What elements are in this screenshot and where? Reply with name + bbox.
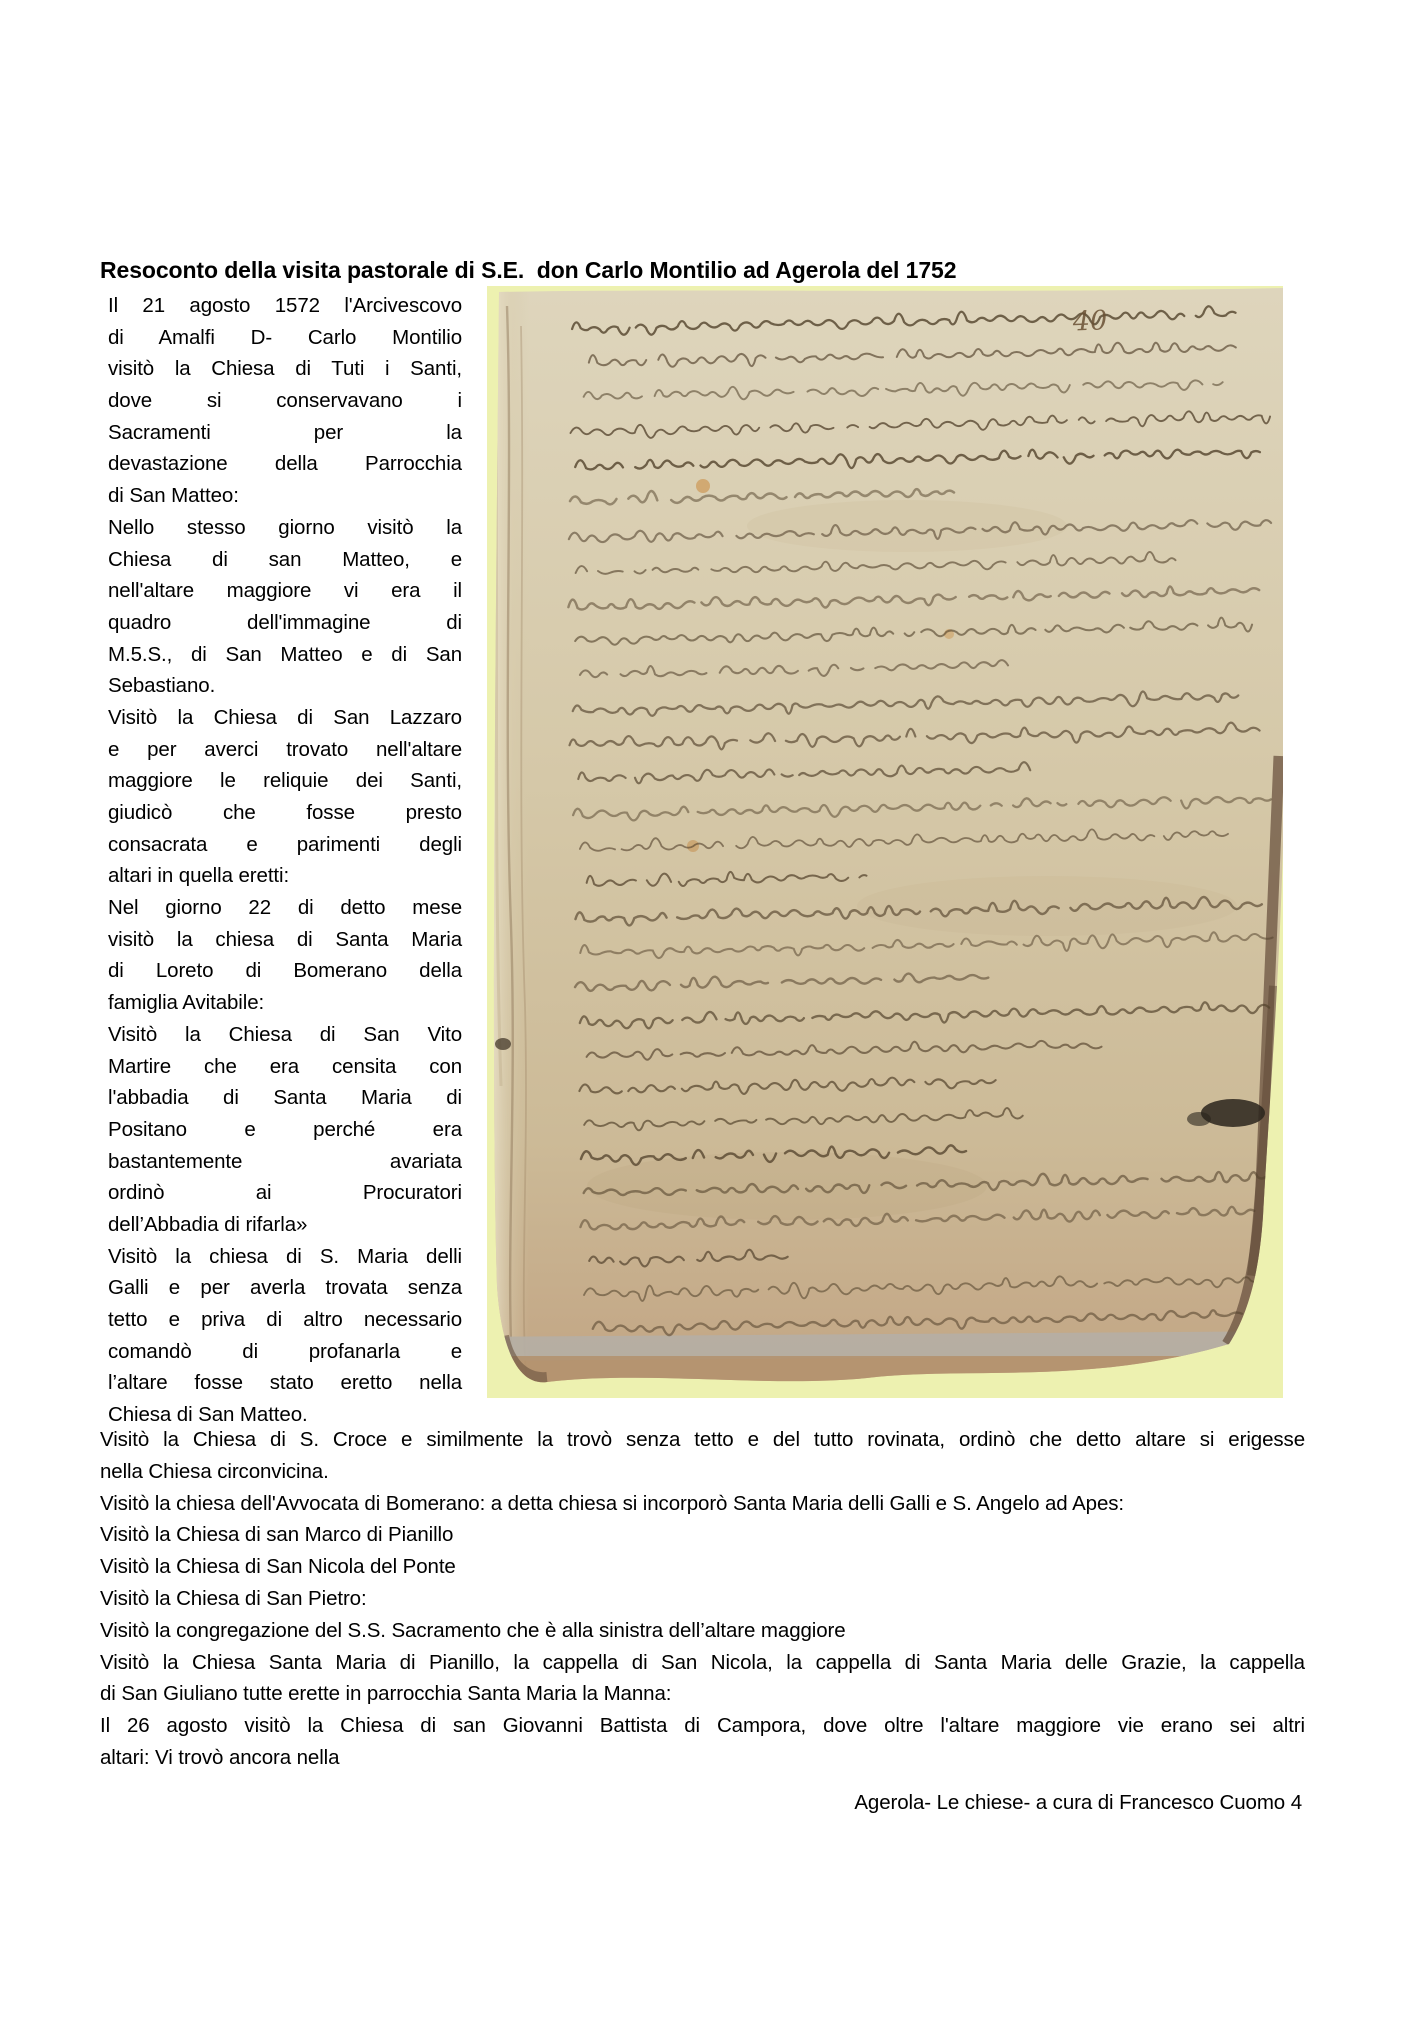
text-line: l'abbadia di Santa Maria di [108,1082,462,1114]
text-line: ordinò ai Procuratori [108,1177,462,1209]
text-line: Visitò la Chiesa di San Lazzaro [108,702,462,734]
text-line: Nello stesso giorno visitò la [108,512,462,544]
body-text-column: Il 21 agosto 1572 l'Arcivescovodi Amalfi… [108,290,462,1431]
text-line: visitò la Chiesa di Tuti i Santi, [108,353,462,385]
text-line: Visitò la Chiesa di San Vito [108,1019,462,1051]
ink-spot [495,1038,511,1050]
body-text-bottom: Visitò la Chiesa di S. Croce e similment… [100,1424,1305,1774]
text-line: tetto e priva di altro necessario [108,1304,462,1336]
text-line: Martire che era censita con [108,1051,462,1083]
text-line: visitò la chiesa di Santa Maria [108,924,462,956]
text-line: bastantemente avariata [108,1146,462,1178]
text-line: Nel giorno 22 di detto mese [108,892,462,924]
text-line: dell’Abbadia di rifarla» [108,1209,462,1241]
text-line: consacrata e parimenti degli [108,829,462,861]
page-footer: Agerola- Le chiese- a cura di Francesco … [854,1791,1302,1815]
text-line: Il 26 agosto visitò la Chiesa di san Gio… [100,1710,1305,1742]
text-line: Visitò la chiesa dell'Avvocata di Bomera… [100,1488,1305,1520]
text-line: maggiore le reliquie dei Santi, [108,765,462,797]
paper-smudge [587,1152,987,1220]
page-title: Resoconto della visita pastorale di S.E.… [100,256,1310,284]
text-line: Visitò la Chiesa di San Pietro: [100,1583,1305,1615]
text-line: di Loreto di Bomerano della [108,955,462,987]
text-line: l’altare fosse stato eretto nella [108,1367,462,1399]
text-line: Visitò la Chiesa di S. Croce e similment… [100,1424,1305,1456]
document-page: Resoconto della visita pastorale di S.E.… [0,0,1428,2028]
text-line: di Amalfi D- Carlo Montilio [108,322,462,354]
text-line: comandò di profanarla e [108,1336,462,1368]
text-line: nella Chiesa circonvicina. [100,1456,1305,1488]
text-line: quadro dell'immagine di [108,607,462,639]
text-line: Visitò la congregazione del S.S. Sacrame… [100,1615,1305,1647]
text-line: giudicò che fosse presto [108,797,462,829]
text-line: Visitò la Chiesa di San Nicola del Ponte [100,1551,1305,1583]
text-line: Sebastiano. [108,670,462,702]
text-line: Il 21 agosto 1572 l'Arcivescovo [108,290,462,322]
text-line: Visitò la chiesa di S. Maria delli [108,1241,462,1273]
text-line: Visitò la Chiesa di san Marco di Pianill… [100,1519,1305,1551]
text-line: altari: Vi trovò ancora nella [100,1742,1305,1774]
text-line: e per averci trovato nell'altare [108,734,462,766]
text-line: nell'altare maggiore vi era il [108,575,462,607]
text-line: Chiesa di san Matteo, e [108,544,462,576]
footer-text: Agerola- Le chiese- a cura di Francesco … [854,1791,1302,1814]
text-line: famiglia Avitabile: [108,987,462,1019]
text-line: devastazione della Parrocchia [108,448,462,480]
paper-sheet [494,288,1283,1382]
manuscript-image: 40 [487,286,1283,1398]
text-line: dove si conservavano i [108,385,462,417]
text-line: Sacramenti per la [108,417,462,449]
text-line: Positano e perché era [108,1114,462,1146]
paper-smudge [857,876,1237,936]
ink-blot [1187,1112,1211,1126]
manuscript-svg: 40 [487,286,1283,1398]
ink-blot [1201,1099,1265,1127]
text-line: altari in quella eretti: [108,860,462,892]
text-line: di San Giuliano tutte erette in parrocch… [100,1678,1305,1710]
text-line: M.5.S., di San Matteo e di San [108,639,462,671]
stain-spot [696,479,710,493]
text-line: Visitò la Chiesa Santa Maria di Pianillo… [100,1647,1305,1679]
manuscript-page-number: 40 [1071,305,1107,337]
text-line: di San Matteo: [108,480,462,512]
text-line: Galli e per averla trovata senza [108,1272,462,1304]
